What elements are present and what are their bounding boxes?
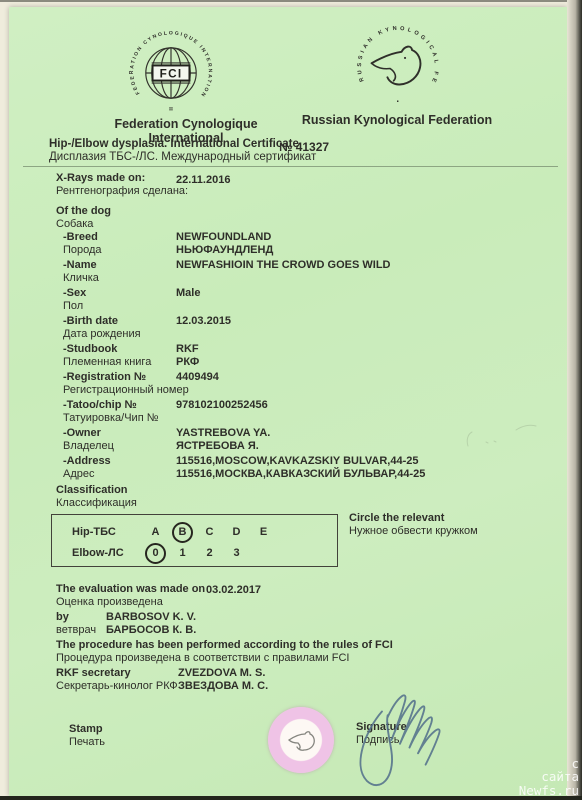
classification-box: Hip-ТБС A B C D E Elbow-ЛС 0 1 2 3 [51, 514, 338, 567]
elbow-option-0-circled: 0 [142, 543, 169, 564]
xrays-row: X-Rays made on: Рентгенография сделана: … [56, 172, 456, 197]
field-value-ru: 115516,МОСКВА,КАВКАЗСКИЙ БУЛЬВАР,44-25 [176, 468, 425, 481]
field-sex: -Sex Пол Male [63, 287, 543, 311]
field-label-ru: Регистрационный номер [63, 384, 543, 397]
field-label-ru: Пол [63, 300, 543, 313]
xrays-label-en: X-Rays made on: [56, 172, 456, 185]
secretary-label-en: RKF secretary [56, 667, 536, 680]
secretary-name: ZVEZDOVA M. S. ЗВЕЗДОВА М. С. [178, 667, 268, 692]
field-breed: -Breed Порода NEWFOUNDLAND НЬЮФАУНДЛЕНД [63, 231, 543, 255]
vet-name-en: BARBOSOV K. V. [106, 611, 196, 624]
hip-option-b-circled: B [169, 522, 196, 543]
elbow-option-3: 3 [223, 547, 250, 559]
stamp-dog-head-icon [281, 720, 321, 760]
evaluation-made-on-en: The evaluation was made on [56, 583, 536, 596]
pink-stamp [268, 707, 334, 773]
field-label-ru: Кличка [63, 272, 543, 285]
elbow-grade-row: Elbow-ЛС 0 1 2 3 [52, 543, 337, 563]
classification-heading-ru: Классификация [56, 497, 137, 510]
elbow-label: Elbow-ЛС [72, 547, 142, 559]
field-label-en: -Registration № [63, 371, 543, 384]
header-divider [23, 166, 558, 167]
field-label-en: -Tatoo/chip № [63, 399, 543, 412]
classification-heading-en: Classification [56, 484, 137, 497]
field-label-ru: Дата рождения [63, 328, 543, 341]
stamp-label-ru: Печать [69, 736, 105, 749]
greyhound-head-icon [372, 47, 421, 85]
field-value-ru: НЬЮФАУНДЛЕНД [176, 244, 273, 257]
watermark-line: сайта [519, 770, 579, 784]
certificate-title: Hip-/Elbow dysplasia. International Cert… [49, 138, 316, 164]
scan-edge-right [567, 0, 582, 800]
evaluation-vet-row: by ветврач BARBOSOV K. V. БАРБОСОВ К. В. [56, 611, 536, 635]
circle-note: Circle the relevant Нужное обвести кружк… [349, 512, 478, 537]
faint-pen-marks [464, 412, 554, 462]
watermark-line: с [519, 757, 579, 771]
procedure-ru: Процедура произведена в соответствии с п… [56, 652, 536, 665]
handwritten-signature [336, 683, 501, 795]
field-value-en: NEWFOUNDLAND [176, 231, 273, 244]
field-registration: -Registration № Регистрационный номер 44… [63, 371, 543, 395]
fci-monogram: FCI [160, 68, 183, 81]
xrays-value: 22.11.2016 [176, 174, 230, 187]
dog-section-heading: Of the dog Собака [56, 205, 111, 230]
hip-option-e: E [250, 526, 277, 538]
procedure-en: The procedure has been performed accordi… [56, 639, 536, 652]
hip-label: Hip-ТБС [72, 526, 142, 538]
rkf-logo: RUSSIAN KYNOLOGICAL FEDERATION · [354, 21, 442, 109]
rkf-caption: Russian Kynological Federation [291, 113, 503, 127]
field-label-ru: Племенная книга [63, 356, 543, 369]
classification-heading: Classification Классификация [56, 484, 137, 509]
circle-note-en: Circle the relevant [349, 512, 478, 525]
dog-heading-en: Of the dog [56, 205, 111, 218]
fci-logo: FEDERATION CYNOLOGIQUE INTERNATIONALE = … [129, 31, 213, 115]
hip-option-d: D [223, 526, 250, 538]
certificate-title-en: Hip-/Elbow dysplasia. International Cert… [49, 138, 316, 151]
field-label-ru: Порода [63, 244, 543, 257]
hip-option-a: A [142, 526, 169, 538]
field-label-en: -Sex [63, 287, 543, 300]
field-value-en: NEWFASHIOIN THE CROWD GOES WILD [176, 259, 391, 272]
field-studbook: -Studbook Племенная книга RKF РКФ [63, 343, 543, 367]
field-birth-date: -Birth date Дата рождения 12.03.2015 [63, 315, 543, 339]
elbow-option-2: 2 [196, 547, 223, 559]
hip-option-c: C [196, 526, 223, 538]
evaluation-made-on-ru: Оценка произведена [56, 596, 536, 609]
evaluation-date-row: The evaluation was made on Оценка произв… [56, 583, 536, 607]
field-label-en: -Studbook [63, 343, 543, 356]
stamp-label: Stamp Печать [69, 723, 105, 748]
field-value-en: Male [176, 287, 200, 300]
evaluation-date: 03.02.2017 [206, 584, 261, 597]
certificate-paper: FEDERATION CYNOLOGIQUE INTERNATIONALE = … [9, 7, 567, 796]
field-value-en: 12.03.2015 [176, 315, 231, 328]
field-name: -Name Кличка NEWFASHIOIN THE CROWD GOES … [63, 259, 543, 283]
secretary-name-en: ZVEZDOVA M. S. [178, 667, 268, 680]
hip-grade-row: Hip-ТБС A B C D E [52, 522, 337, 542]
field-value-en: 978102100252456 [176, 399, 268, 412]
dog-heading-ru: Собака [56, 218, 111, 231]
stamp-label-en: Stamp [69, 723, 105, 736]
field-label-en: -Breed [63, 231, 543, 244]
vet-name-ru: БАРБОСОВ К. В. [106, 624, 196, 637]
watermark-line: Newfs.ru [519, 784, 579, 798]
site-watermark: с сайта Newfs.ru [519, 757, 579, 798]
fci-ring-bottom: = [169, 105, 174, 114]
scan-edge-top [0, 0, 582, 2]
elbow-option-1: 1 [169, 547, 196, 559]
scan-edge-bottom [0, 796, 582, 800]
field-value-ru: РКФ [176, 356, 199, 369]
field-label-en: -Birth date [63, 315, 543, 328]
field-value-ru: ЯСТРЕБОВА Я. [176, 440, 270, 453]
field-value-en: YASTREBOVA YA. [176, 427, 270, 440]
vet-name: BARBOSOV K. V. БАРБОСОВ К. В. [106, 611, 196, 636]
secretary-name-ru: ЗВЕЗДОВА М. С. [178, 680, 268, 693]
circle-note-ru: Нужное обвести кружком [349, 525, 478, 538]
field-value-en: 4409494 [176, 371, 219, 384]
scanned-certificate: FEDERATION CYNOLOGIQUE INTERNATIONALE = … [0, 0, 582, 800]
field-value-en: 115516,MOSCOW,KAVKAZSKIY BULVAR,44-25 [176, 455, 425, 468]
rkf-ring-separator: · [396, 97, 399, 108]
procedure-statement: The procedure has been performed accordi… [56, 639, 536, 663]
field-value-en: RKF [176, 343, 199, 356]
evaluation-section: The evaluation was made on Оценка произв… [56, 583, 536, 695]
certificate-number: № 41327 [279, 140, 329, 154]
certificate-title-ru: Дисплазия ТБС-/ЛС. Международный сертифи… [49, 151, 316, 164]
xrays-label-ru: Рентгенография сделана: [56, 185, 456, 198]
